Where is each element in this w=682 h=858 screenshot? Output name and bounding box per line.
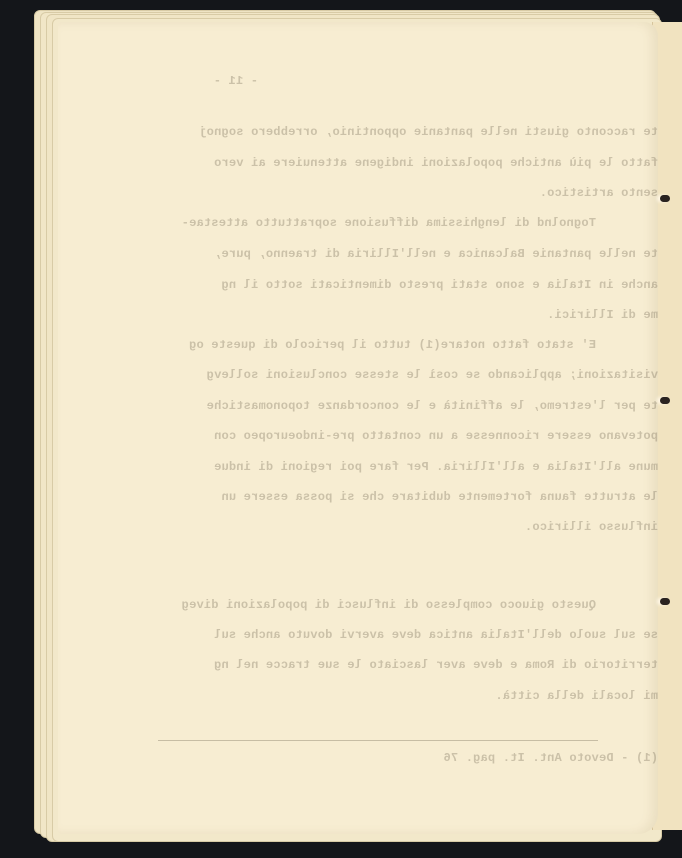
- text-line: influsso illirico.: [525, 520, 658, 534]
- footnote: (1) - Devoto Ant. It. pag. 76: [443, 751, 658, 765]
- page-number: - 11 -: [214, 74, 258, 88]
- text-line: E' stato fatto notare(1) tutto il perico…: [189, 338, 596, 352]
- text-line: visitazioni; applicando se così le stess…: [207, 368, 658, 382]
- text-line: te nelle pantanie Balcanica e nell'Illir…: [214, 247, 658, 261]
- text-line: mune all'Italia e all'Illiria. Per fare …: [214, 460, 658, 474]
- text-line: Tognolnd di lenghissima diffusione sopra…: [182, 216, 596, 230]
- text-line: te per l'estremo, le affinità e le conco…: [207, 399, 658, 413]
- text-line: me di Illirici.: [547, 308, 658, 322]
- text-line: sento artistico.: [540, 186, 658, 200]
- text-line: territorio di Roma e deve aver lasciato …: [214, 658, 658, 672]
- binding-hole-icon: [660, 598, 670, 605]
- binding-hole-icon: [660, 195, 670, 202]
- text-line: fatto le più antiche popolazioni indigen…: [214, 156, 658, 170]
- bleed-through-text: - 11 - te racconto giusti nelle pantanie…: [58, 22, 658, 834]
- text-line: anche in Italia e sono stati presto dime…: [221, 278, 658, 292]
- text-line: se sul suolo dell'Italia antica deve ave…: [214, 628, 658, 642]
- text-line: te racconto giusti nelle pantanie oppont…: [199, 125, 658, 139]
- text-line: potevano essere riconnesse a un contatto…: [214, 429, 658, 443]
- text-line: Questo giuoco complesso di influsci di p…: [182, 598, 596, 612]
- text-line: le atrutte fauna fortemente dubitare che…: [221, 490, 658, 504]
- footnote-divider: [158, 740, 598, 741]
- text-line: mi locali della città.: [495, 689, 658, 703]
- binding-hole-icon: [660, 397, 670, 404]
